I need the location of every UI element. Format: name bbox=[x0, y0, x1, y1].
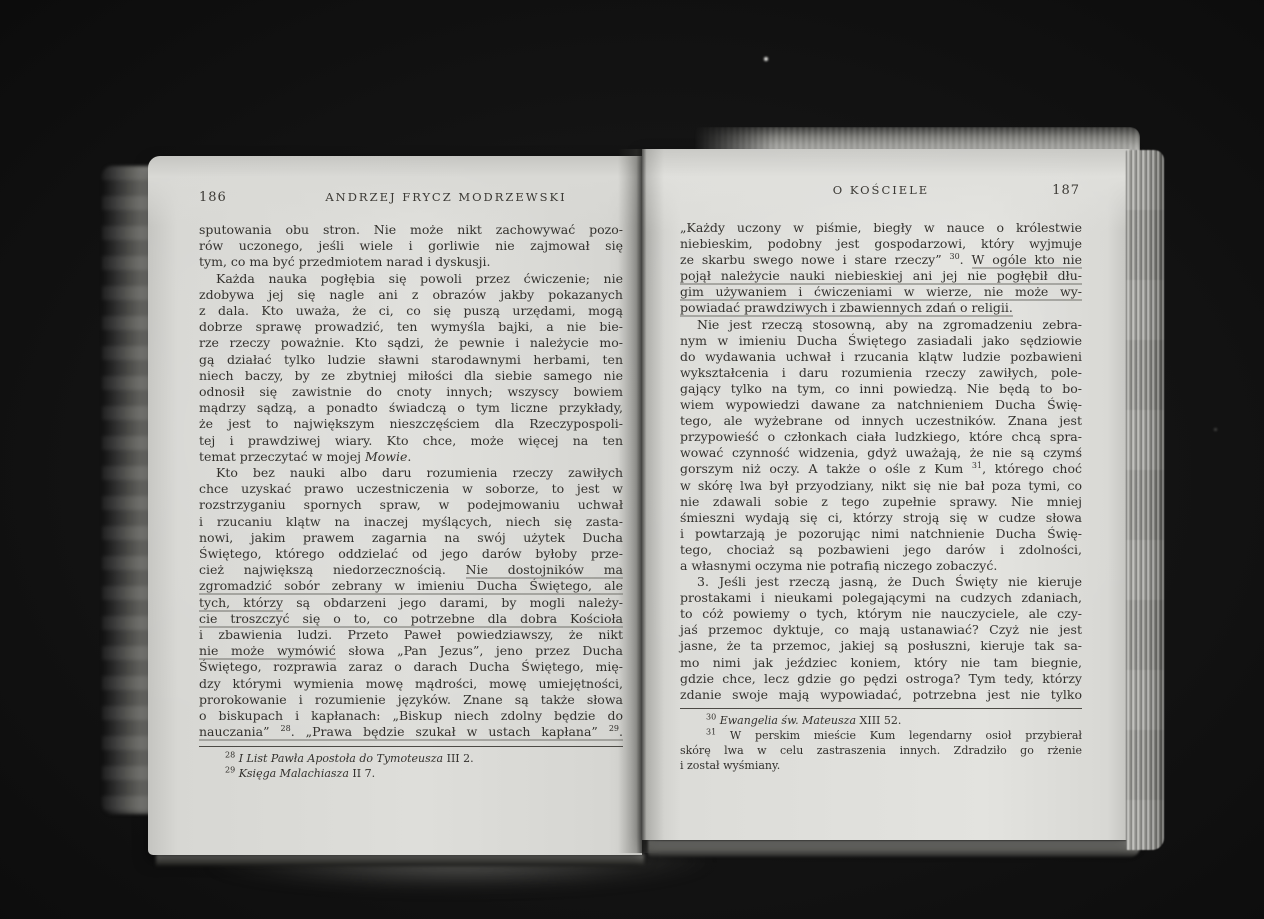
text-line: i zbawienia ludzi. Przeto Paweł powiedzi… bbox=[199, 627, 623, 643]
text-line: zgromadzić sobór zebrany w imieniu Ducha… bbox=[199, 578, 623, 594]
text-line: przypowieść o członkach ciała ludzkiego,… bbox=[680, 429, 1082, 445]
text-line: nym w imieniu Ducha Świętego zasiadali j… bbox=[680, 333, 1082, 349]
footnote-line: skórę lwa w celu zastraszenia innych. Zd… bbox=[680, 743, 1082, 758]
footnote-line: 29 Księga Malachiasza II 7. bbox=[199, 766, 623, 781]
left-page-text: 186 ANDRZEJ FRYCZ MODRZEWSKI sputowania … bbox=[199, 190, 623, 781]
text-line: a własnymi oczyma nie potrafią niczego z… bbox=[680, 558, 1082, 574]
text-line: gą działać tylko ludzie sławni starodawn… bbox=[199, 352, 623, 368]
text-line: wować czynność widzenia, gdyż uważają, ż… bbox=[680, 445, 1082, 461]
text-line: tego, ale wyżebrane od innych uczestnikó… bbox=[680, 413, 1082, 429]
text-line: do wydawania uchwał i rzucania klątw lud… bbox=[680, 349, 1082, 365]
right-page-number: 187 bbox=[1052, 183, 1080, 198]
left-running-header-title: ANDRZEJ FRYCZ MODRZEWSKI bbox=[325, 190, 566, 204]
text-line: temat przeczytać w mojej Mowie. bbox=[199, 449, 623, 465]
footnote-line: 28 I List Pawła Apostoła do Tymoteusza I… bbox=[199, 751, 623, 766]
text-line: Nie jest rzeczą stosowną, aby na zgromad… bbox=[680, 317, 1082, 333]
text-line: rów uczonego, jeśli wiele i gorliwie nie… bbox=[199, 238, 623, 254]
right-body-text: „Każdy uczony w piśmie, biegły w nauce o… bbox=[680, 198, 1082, 703]
text-line: sputowania obu stron. Nie może nikt zach… bbox=[199, 222, 623, 238]
text-line: jaś przemoc dyktuje, co mają ustanawiać?… bbox=[680, 622, 1082, 638]
dust-speck bbox=[1214, 428, 1217, 431]
text-line: Kto bez nauki albo daru rozumienia rzecz… bbox=[199, 465, 623, 481]
text-line: prorokowanie i rozumienie języków. Znane… bbox=[199, 692, 623, 708]
text-line: z dala. Kto uważa, że ci, co się puszą u… bbox=[199, 303, 623, 319]
text-line: pojął należycie nauki niebieskiej ani je… bbox=[680, 268, 1082, 284]
left-footnote-rule bbox=[199, 746, 623, 747]
text-line: Każda nauka pogłębia się powoli przez ćw… bbox=[199, 271, 623, 287]
text-line: cież największą niedorzecznością. Nie do… bbox=[199, 562, 623, 578]
photo-background: { "scene": { "description_colors": { "ba… bbox=[0, 0, 1264, 919]
text-line: śmieszni wydają się ci, którzy stroją si… bbox=[680, 510, 1082, 526]
text-line: jasne, że ta przemoc, jakiej są posłuszn… bbox=[680, 638, 1082, 654]
footnote-line: 31 W perskim mieście Kum legendarny osio… bbox=[680, 728, 1082, 743]
text-line: nie może wymówić słowa „Pan Jezus”, jeno… bbox=[199, 643, 623, 659]
right-page-text: O KOŚCIELE 187 „Każdy uczony w piśmie, b… bbox=[680, 183, 1082, 773]
text-line: Świętego, którego oddzielać od jego daró… bbox=[199, 546, 623, 562]
right-running-header-title: O KOŚCIELE bbox=[833, 183, 929, 197]
text-line: prostakami i nieukami polegającymi na cu… bbox=[680, 590, 1082, 606]
text-line: rozstrzyganiu spornych spraw, w podejmow… bbox=[199, 497, 623, 513]
text-line: zdobywa jej się nagle ani z obrazów jakb… bbox=[199, 287, 623, 303]
text-line: powiadać prawdziwych i zbawiennych zdań … bbox=[680, 300, 1082, 316]
text-line: niech baczy, by ze zbytniej miłości dla … bbox=[199, 368, 623, 384]
text-line: cie troszczyć się o to, co potrzebne dla… bbox=[199, 611, 623, 627]
text-line: tych, którzy są obdarzeni jego darami, b… bbox=[199, 595, 623, 611]
text-line: mo nimi jak jeździec koniem, który nie t… bbox=[680, 655, 1082, 671]
text-line: dzy którymi wymienia mowę mądrości, mowę… bbox=[199, 676, 623, 692]
text-line: gający tylko na tym, co inni powiedzą. N… bbox=[680, 381, 1082, 397]
text-line: że jest to największym nieszczęściem dla… bbox=[199, 416, 623, 432]
footnote-line: 30 Ewangelia św. Mateusza XIII 52. bbox=[680, 713, 1082, 728]
text-line: chce uzyskać prawo uczestniczenia w sobo… bbox=[199, 481, 623, 497]
left-page-number: 186 bbox=[199, 190, 227, 205]
text-line: niebieskim, podobny jest gospodarzowi, k… bbox=[680, 236, 1082, 252]
dust-speck bbox=[764, 57, 768, 61]
text-line: tym, co ma być przedmiotem narad i dysku… bbox=[199, 254, 623, 270]
text-line: o biskupach i kapłanach: „Biskup niech z… bbox=[199, 708, 623, 724]
right-footnotes: 30 Ewangelia św. Mateusza XIII 52.31 W p… bbox=[680, 713, 1082, 773]
book-fore-edge bbox=[1126, 150, 1164, 850]
text-line: mądrzy sądzą, a ponadto świadczą o tym l… bbox=[199, 400, 623, 416]
text-line: odnosił się zawistnie do cnoty innych; w… bbox=[199, 384, 623, 400]
text-line: zdanie swoje mają wypowiadać, potrzebna … bbox=[680, 687, 1082, 703]
text-line: wiem wypowiedzi dawane za natchnieniem D… bbox=[680, 397, 1082, 413]
right-running-header: O KOŚCIELE 187 bbox=[680, 183, 1082, 198]
text-line: „Każdy uczony w piśmie, biegły w nauce o… bbox=[680, 220, 1082, 236]
left-body-text: sputowania obu stron. Nie może nikt zach… bbox=[199, 205, 623, 741]
text-line: to cóż powiemy o tych, którym nie nauczy… bbox=[680, 606, 1082, 622]
right-footnote-rule bbox=[680, 708, 1082, 709]
text-line: gorszym niż oczy. A także o ośle z Kum 3… bbox=[680, 461, 1082, 477]
text-line: w skórę lwa był przyodziany, nikt się ni… bbox=[680, 478, 1082, 494]
text-line: gdzie chce, lecz gdzie go pędzi ostroga?… bbox=[680, 671, 1082, 687]
left-page-bottom-edge bbox=[156, 854, 644, 866]
text-line: nauczania” 28. „Prawa będzie szukał w us… bbox=[199, 724, 623, 740]
left-running-header: 186 ANDRZEJ FRYCZ MODRZEWSKI bbox=[199, 190, 623, 205]
text-line: rze rzeczy poważnie. Kto sądzi, że pewni… bbox=[199, 335, 623, 351]
text-line: i powtarzają je pozorując nimi natchnien… bbox=[680, 526, 1082, 542]
text-line: nowi, jakim prawem zagarnia na swój użyt… bbox=[199, 530, 623, 546]
text-line: tego, chociaż są pozbawieni jego darów i… bbox=[680, 542, 1082, 558]
left-footnotes: 28 I List Pawła Apostoła do Tymoteusza I… bbox=[199, 751, 623, 781]
text-line: 3. Jeśli jest rzeczą jasną, że Duch Świę… bbox=[680, 574, 1082, 590]
right-page-bottom-edge bbox=[648, 840, 1140, 857]
text-line: nie zdawali sobie z tego zupełnie sprawy… bbox=[680, 494, 1082, 510]
text-line: Świętego, rozprawia zaraz o darach Ducha… bbox=[199, 659, 623, 675]
text-line: wykształcenia i daru rozumienia rzeczy z… bbox=[680, 365, 1082, 381]
text-line: gim używaniem i ćwiczeniami w wierze, ni… bbox=[680, 284, 1082, 300]
footnote-line: i został wyśmiany. bbox=[680, 758, 1082, 773]
text-line: ze skarbu swego nowe i stare rzeczy” 30.… bbox=[680, 252, 1082, 268]
text-line: i rzucaniu klątw na inaczej myślących, n… bbox=[199, 514, 623, 530]
text-line: dobrze sprawę prowadzić, ten wymyśla baj… bbox=[199, 319, 623, 335]
text-line: tej i prawdziwej wiary. Kto chce, może w… bbox=[199, 433, 623, 449]
